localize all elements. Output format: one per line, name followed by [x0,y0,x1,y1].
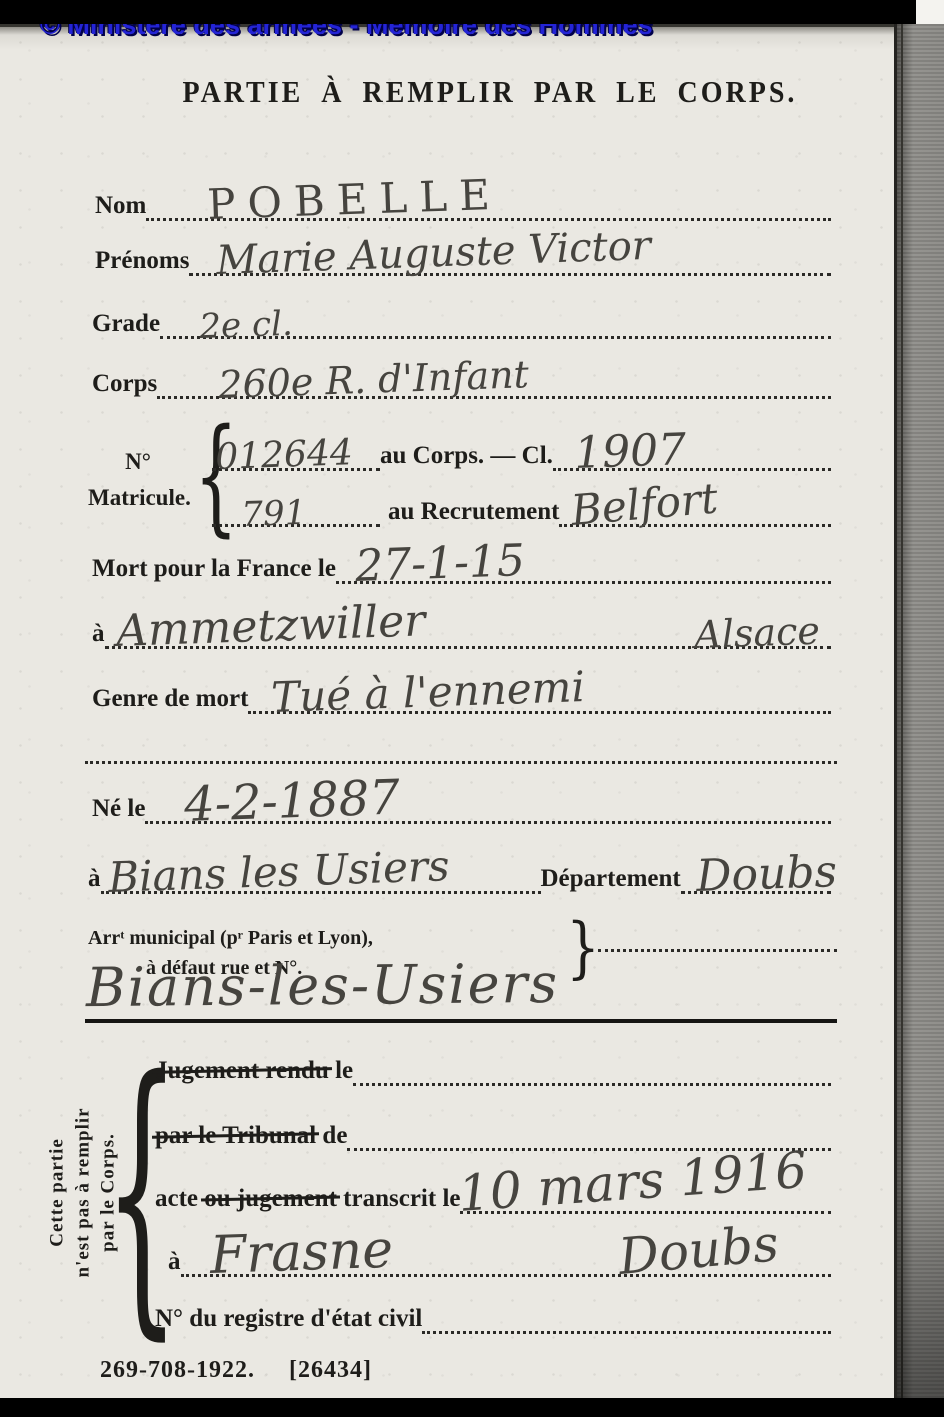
prenoms-line: Marie Auguste Victor [189,229,831,276]
field-row-matricule-recrutement: 791 au Recrutement Belfort [212,483,831,527]
mort-a-region: Alsace [693,612,820,654]
mort-le-value: 27-1-15 [354,539,525,589]
nom-line: POBELLE [146,174,831,221]
arrondissement-brace-icon: } [566,916,600,980]
ne-le-value: 4-2-1887 [184,774,401,829]
form-paper: PARTIE À REMPLIR PAR LE CORPS. Nom POBEL… [0,24,894,1398]
grade-value: 2e cl. [199,307,293,344]
matricule-recrutement-line: 791 [212,480,380,527]
tribunal-label-rest: de [322,1122,347,1149]
classe-line: 1907 [553,424,831,471]
field-row-grade: Grade 2e cl. [92,295,831,339]
departement-value: Doubs [695,850,837,899]
field-row-ne-a: à Bians les Usiers Département Doubs [88,850,831,894]
corps-line: 260e R. d'Infant [157,352,831,399]
arrondissement-underline [85,1019,837,1023]
field-row-nom: Nom POBELLE [95,177,831,221]
registre-label: N° du registre d'état civil [155,1306,422,1334]
mort-a-value: Ammetzwiller [115,599,425,654]
matricule-label-line2: Matricule. [88,480,188,516]
ne-a-line: Bians les Usiers [101,847,541,894]
jugement-label: Jugement rendu le [155,1058,353,1086]
field-row-genre-mort: Genre de mort Tué à l'ennemi [92,670,831,714]
classe-value: 1907 [573,428,686,476]
genre-mort-value: Tué à l'ennemi [271,666,586,719]
transcrit-a-dept: Doubs [616,1218,780,1282]
field-row-matricule-corps: 012644 au Corps. — Cl. 1907 [212,427,831,471]
mort-a-line: Ammetzwiller Alsace [105,602,832,649]
recrutement-lieu-value: Belfort [570,477,720,532]
jugement-line [353,1039,831,1086]
transcrit-label: acte ou jugement transcrit le [155,1186,460,1214]
grade-label: Grade [92,311,160,339]
field-row-transcrit-a: à Frasne Doubs [168,1233,831,1277]
transcrit-a-line: Frasne Doubs [181,1230,832,1277]
arrondissement-value: Bians-les-Usiers [86,952,560,1019]
mort-a-label: à [92,621,105,649]
nom-value: POBELLE [207,174,503,226]
footer-refs: 269-708-1922.[26434] [100,1357,406,1384]
ne-le-line: 4-2-1887 [145,777,831,824]
field-row-tribunal: par le Tribunal de [155,1107,831,1151]
transcrit-label-struck: ou jugement [204,1185,337,1212]
arrondissement-ruled-line [598,908,837,952]
blank-line [85,717,837,764]
genre-mort-line: Tué à l'ennemi [248,667,831,714]
jugement-label-rest: le [335,1057,353,1084]
au-corps-label: au Corps. — Cl. [380,443,553,471]
scan-bottom-bar [0,1398,944,1417]
grade-line: 2e cl. [160,292,831,339]
prenoms-label: Prénoms [95,248,189,276]
field-row-transcrit: acte ou jugement transcrit le 10 mars 19… [155,1170,831,1214]
scan-top-corner [916,0,944,24]
matricule-corps-value: 012644 [215,435,354,476]
registre-line [422,1287,831,1334]
tribunal-label-struck: par le Tribunal [155,1122,316,1149]
matricule-label: N° Matricule. [88,444,188,515]
field-row-prenoms: Prénoms Marie Auguste Victor [95,232,831,276]
jugement-label-struck: Jugement rendu [155,1057,329,1084]
genre-mort-label: Genre de mort [92,686,248,714]
field-row-mort-a: à Ammetzwiller Alsace [92,605,831,649]
field-row-mort-le: Mort pour la France le 27-1-15 [92,540,831,584]
blank-ruled-line [85,720,837,764]
transcrit-a-value: Frasne [209,1224,394,1282]
ne-a-value: Bians les Usiers [107,845,450,899]
ne-a-label: à [88,866,101,894]
field-row-jugement: Jugement rendu le [155,1042,831,1086]
departement-line: Doubs [681,847,831,894]
print-ref: 269-708-1922. [100,1357,255,1383]
matricule-corps-line: 012644 [212,424,380,471]
tribunal-label: par le Tribunal de [155,1123,347,1151]
field-row-ne-le: Né le 4-2-1887 [92,780,831,824]
nom-label: Nom [95,193,146,221]
matricule-recrutement-value: 791 [241,496,307,532]
prenoms-value: Marie Auguste Victor [216,226,652,281]
field-row-registre: N° du registre d'état civil [155,1290,831,1334]
departement-label: Département [541,866,681,894]
transcrit-label-pre: acte [155,1185,198,1212]
corps-label: Corps [92,371,157,399]
book-binding-strip [894,24,944,1398]
batch-ref: [26434] [289,1357,372,1383]
recrutement-lieu-line: Belfort [559,480,831,527]
matricule-label-line1: N° [88,444,188,480]
corps-value: 260e R. d'Infant [218,355,530,404]
arrondissement-label-line1: Arrᵗ municipal (pʳ Paris et Lyon), [88,923,373,953]
transcrit-a-label: à [168,1249,181,1277]
field-row-corps: Corps 260e R. d'Infant [92,355,831,399]
arrondissement-line [598,905,837,952]
side-note-line1: Cette partie [45,1047,71,1337]
ne-le-label: Né le [92,796,145,824]
scan-top-bar [0,0,916,24]
transcrit-line: 10 mars 1916 [460,1167,831,1214]
transcrit-value: 10 mars 1916 [457,1145,809,1219]
scanned-record-page: PARTIE À REMPLIR PAR LE CORPS. Nom POBEL… [0,0,944,1417]
mort-le-label: Mort pour la France le [92,556,336,584]
transcrit-label-rest: transcrit le [343,1185,460,1212]
mort-le-line: 27-1-15 [336,537,831,584]
au-recrutement-label: au Recrutement [380,499,559,527]
form-title: PARTIE À REMPLIR PAR LE CORPS. [150,75,830,110]
side-note-line2: n'est pas à remplir [70,1047,96,1337]
